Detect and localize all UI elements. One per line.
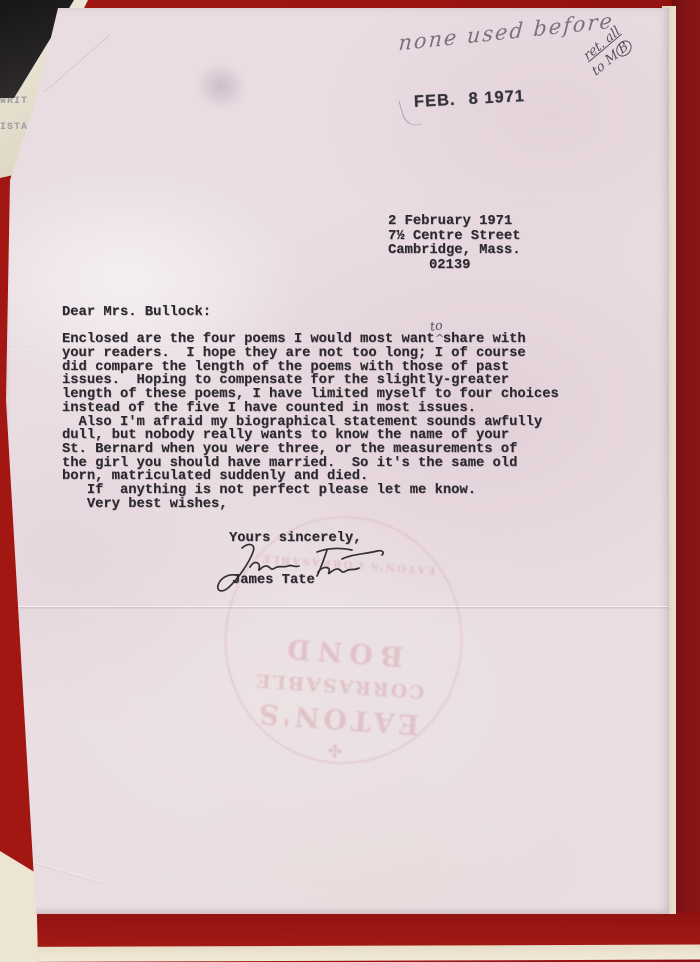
- letter-zip: 02139: [388, 259, 520, 274]
- letter-body-line: instead of the five I have counted in mo…: [62, 402, 559, 416]
- watermark-bond: BOND: [279, 632, 404, 672]
- letter-body-line: length of these poems, I have limited my…: [62, 388, 559, 402]
- fold-crease-middle: [6, 606, 669, 609]
- letter-body-line: born, matriculated suddenly and died.: [62, 470, 559, 484]
- letter-body-line: your readers. I hope they are not too lo…: [62, 347, 559, 361]
- watermark-corrasable: CORRASABLE: [254, 669, 425, 703]
- stamp-month: FEB.: [414, 91, 456, 111]
- corner-crease: [43, 35, 111, 94]
- letter-body-line: Dear Mrs. Bullock:: [62, 306, 559, 320]
- letter-body-line: Very best wishes,: [62, 498, 559, 512]
- stamp-day-year: 8 1971: [468, 87, 525, 108]
- letter-street: 7½ Centre Street: [388, 230, 520, 245]
- letter-sheet: ✣ EATON'S CORRASABLE BOND EATON'S CORRAS…: [6, 8, 669, 914]
- red-backing-right: [672, 0, 700, 950]
- letter-date: 2 February 1971: [388, 215, 520, 230]
- watermark-eatons: EATON'S: [254, 697, 420, 739]
- handwritten-signature: [214, 539, 392, 597]
- watermark-ornament: ✣: [327, 739, 343, 760]
- letter-body-line: Enclosed are the four poems I would most…: [62, 333, 559, 347]
- insertion-caret: ^: [435, 332, 444, 345]
- letterhead-block: 2 February 1971 7½ Centre Street Cambrid…: [388, 215, 520, 273]
- scanned-letter-page: WRIT ISTA ✣ EATON'S CORRASABLE BOND EATO…: [0, 0, 700, 962]
- letter-city: Cambridge, Mass.: [388, 244, 520, 259]
- received-date-stamp: FEB.8 1971: [414, 87, 526, 112]
- ink-smudge: [185, 52, 256, 119]
- letter-body: Dear Mrs. Bullock: Enclosed are the four…: [62, 306, 559, 511]
- letter-body-line: dull, but nobody really wants to know th…: [62, 429, 559, 443]
- eatons-corrasable-bond-watermark: ✣ EATON'S CORRASABLE BOND EATON'S CORRAS…: [200, 485, 487, 783]
- letter-body-line: If anything is not perfect please let me…: [62, 484, 559, 498]
- typed-signature-name: James Tate: [232, 574, 315, 588]
- letter-body-line: St. Bernard when you were three, or the …: [62, 443, 559, 457]
- album-page-edge-bottom: [0, 945, 700, 962]
